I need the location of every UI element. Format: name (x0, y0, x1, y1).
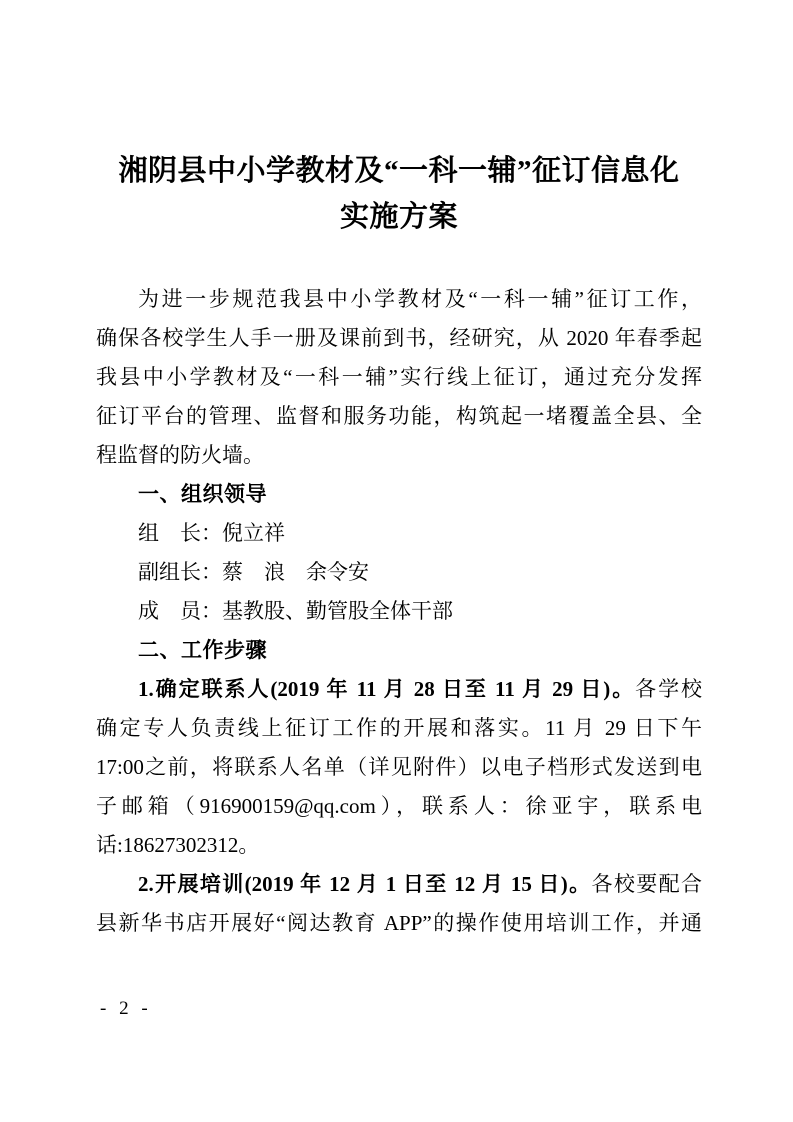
document-title: 湘阴县中小学教材及“一科一辅”征订信息化 实施方案 (96, 148, 702, 240)
step1-bold-lead: 1.确定联系人(2019 年 11 月 28 日至 11 月 29 日)。 (138, 677, 635, 701)
members-line: 成 员：基教股、勤管股全体干部 (96, 592, 702, 631)
step1-paragraph: 1.确定联系人(2019 年 11 月 28 日至 11 月 29 日)。各学校… (96, 670, 702, 865)
leader-line: 组 长：倪立祥 (96, 514, 702, 553)
intro-line: 我县中小学教材及“一科一辅”实行线上征订，通过充分发挥 (96, 358, 702, 397)
section-work-steps: 二、工作步骤 1.确定联系人(2019 年 11 月 28 日至 11 月 29… (96, 631, 702, 943)
document-page: 湘阴县中小学教材及“一科一辅”征订信息化 实施方案 为进一步规范我县中小学教材及… (0, 0, 793, 1122)
section-organization: 一、组织领导 组 长：倪立祥 副组长：蔡 浪 余令安 成 员：基教股、勤管股全体… (96, 475, 702, 631)
step1-line: 17:00之前，将联系人名单（详见附件）以电子档形式发送到电 (96, 748, 702, 787)
intro-line: 确保各校学生人手一册及课前到书，经研究，从 2020 年春季起 (96, 319, 702, 358)
step2-paragraph: 2.开展培训(2019 年 12 月 1 日至 12 月 15 日)。各校要配合… (96, 865, 702, 943)
step1-line: 确定专人负责线上征订工作的开展和落实。11 月 29 日下午 (96, 709, 702, 748)
step2-bold-lead: 2.开展培训(2019 年 12 月 1 日至 12 月 15 日)。 (138, 872, 592, 896)
intro-paragraph: 为进一步规范我县中小学教材及“一科一辅”征订工作， 确保各校学生人手一册及课前到… (96, 280, 702, 475)
intro-line: 程监督的防火墙。 (96, 436, 702, 475)
step2-line: 县新华书店开展好“阅达教育 APP”的操作使用培训工作，并通 (96, 904, 702, 943)
intro-line: 为进一步规范我县中小学教材及“一科一辅”征订工作， (96, 280, 702, 319)
step1-line: 子邮箱（916900159@qq.com），联系人：徐亚宇，联系电 (96, 787, 702, 826)
title-line-1: 湘阴县中小学教材及“一科一辅”征订信息化 (96, 148, 702, 194)
section1-heading: 一、组织领导 (96, 475, 702, 514)
page-number: - 2 - (100, 998, 152, 1020)
step1-rest: 各学校 (635, 677, 702, 701)
step2-line: 2.开展培训(2019 年 12 月 1 日至 12 月 15 日)。各校要配合 (96, 865, 702, 904)
title-line-2: 实施方案 (96, 194, 702, 240)
step1-line: 话:18627302312。 (96, 826, 702, 865)
document-content: 湘阴县中小学教材及“一科一辅”征订信息化 实施方案 为进一步规范我县中小学教材及… (96, 148, 702, 943)
deputy-leader-line: 副组长：蔡 浪 余令安 (96, 553, 702, 592)
step2-rest: 各校要配合 (592, 872, 702, 896)
intro-line: 征订平台的管理、监督和服务功能，构筑起一堵覆盖全县、全 (96, 397, 702, 436)
step1-line: 1.确定联系人(2019 年 11 月 28 日至 11 月 29 日)。各学校 (96, 670, 702, 709)
section2-heading: 二、工作步骤 (96, 631, 702, 670)
